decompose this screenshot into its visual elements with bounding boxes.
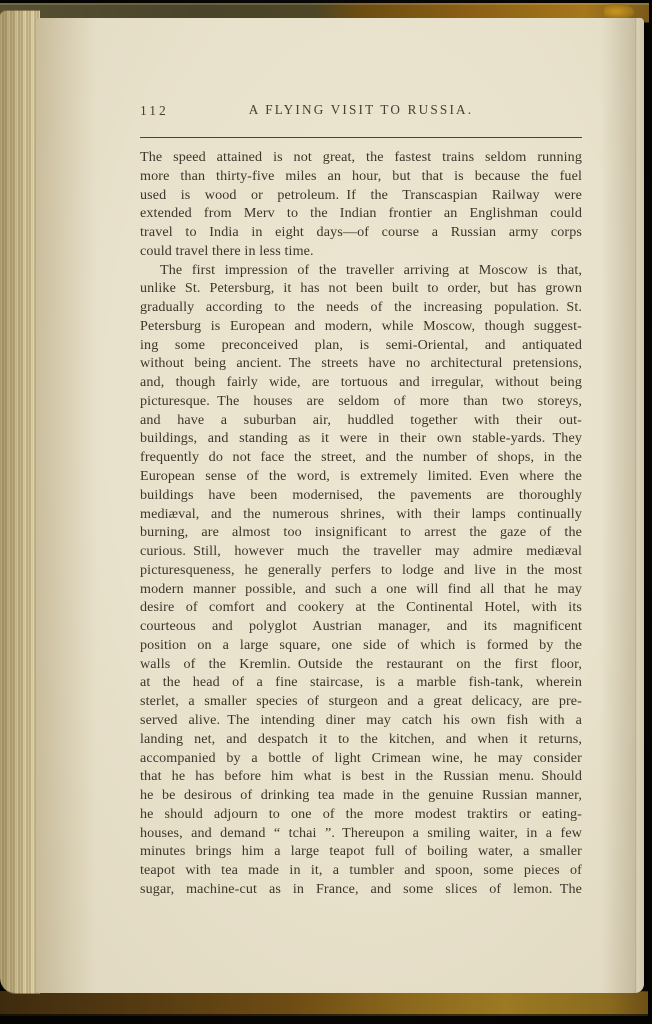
page-stack-edges <box>0 10 40 994</box>
page-content: 112 A FLYING VISIT TO RUSSIA. The speed … <box>140 102 582 899</box>
book-page: 112 A FLYING VISIT TO RUSSIA. The speed … <box>36 18 644 993</box>
text-line: served alive. The intending diner may ca… <box>140 711 582 730</box>
text-line: walls of the Kremlin. Outside the restau… <box>140 655 582 674</box>
text-line: picturesqueness, he generally perfers to… <box>140 561 582 580</box>
text-line: used is wood or petroleum. If the Transc… <box>140 186 582 205</box>
text-line: he should adjourn to one of the more mod… <box>140 805 582 824</box>
page-number: 112 <box>140 103 169 119</box>
book-cover-bottom-edge <box>0 991 648 1016</box>
paragraph: The speed attained is not great, the fas… <box>140 148 582 261</box>
text-line: accompanied by a bottle of light Crimean… <box>140 749 582 768</box>
gutter-shadow <box>36 18 96 993</box>
text-line: The speed attained is not great, the fas… <box>140 148 582 167</box>
underlying-page-edge <box>635 18 644 993</box>
page-header: 112 A FLYING VISIT TO RUSSIA. <box>140 102 582 118</box>
text-line: desire of comfort and cookery at the Con… <box>140 598 582 617</box>
text-line: modern manner possible, and such a one w… <box>140 580 582 599</box>
text-line: could travel there in less time. <box>140 242 582 261</box>
text-line: burning, are almost too insignificant to… <box>140 523 582 542</box>
text-line: mediæval, and the numerous shrines, with… <box>140 505 582 524</box>
text-line: curious. Still, however much the travell… <box>140 542 582 561</box>
text-line: European sense of the word, is extremely… <box>140 467 582 486</box>
text-line: sterlet, a smaller species of sturgeon a… <box>140 692 582 711</box>
text-line: unlike St. Petersburg, it has not been b… <box>140 279 582 298</box>
text-line: minutes brings him a large teapot full o… <box>140 842 582 861</box>
text-line: houses, and demand “ tchai ”. Thereupon … <box>140 824 582 843</box>
text-line: landing net, and despatch it to the kitc… <box>140 730 582 749</box>
text-line: extended from Merv to the Indian frontie… <box>140 204 582 223</box>
text-line: without being ancient. The streets have … <box>140 354 582 373</box>
text-line: sugar, machine-cut as in France, and som… <box>140 880 582 899</box>
text-line: and, though fairly wide, are tortuous an… <box>140 373 582 392</box>
text-line: travel to India in eight days—of course … <box>140 223 582 242</box>
text-line: at the head of a fine staircase, is a ma… <box>140 673 582 692</box>
body-text: The speed attained is not great, the fas… <box>140 148 582 899</box>
text-line: teapot with tea made in it, a tumbler an… <box>140 861 582 880</box>
header-rule <box>140 137 582 138</box>
text-line: gradually according to the needs of the … <box>140 298 582 317</box>
text-line: more than thirty-five miles an hour, but… <box>140 167 582 186</box>
text-line: courteous and polyglot Austrian manager,… <box>140 617 582 636</box>
text-line: Petersburg is European and modern, while… <box>140 317 582 336</box>
text-line: picturesque. The houses are seldom of mo… <box>140 392 582 411</box>
text-line: ing some preconceived plan, is semi-Orie… <box>140 336 582 355</box>
paragraph: The first impression of the traveller ar… <box>140 261 582 899</box>
book-photo: 112 A FLYING VISIT TO RUSSIA. The speed … <box>0 0 652 1024</box>
text-line: The first impression of the traveller ar… <box>140 261 582 280</box>
text-line: he be desirous of drinking tea made in t… <box>140 786 582 805</box>
text-line: buildings, and standing as it were in th… <box>140 429 582 448</box>
text-line: frequently do not face the street, and t… <box>140 448 582 467</box>
text-line: and have a suburban air, huddled togethe… <box>140 411 582 430</box>
page-curve-shadow <box>601 18 635 993</box>
cover-gilt-fragment <box>604 4 634 19</box>
text-line: buildings have been modernised, the pave… <box>140 486 582 505</box>
running-title: A FLYING VISIT TO RUSSIA. <box>140 102 582 118</box>
text-line: that he has before him what is best in t… <box>140 767 582 786</box>
text-line: position on a large square, one side of … <box>140 636 582 655</box>
